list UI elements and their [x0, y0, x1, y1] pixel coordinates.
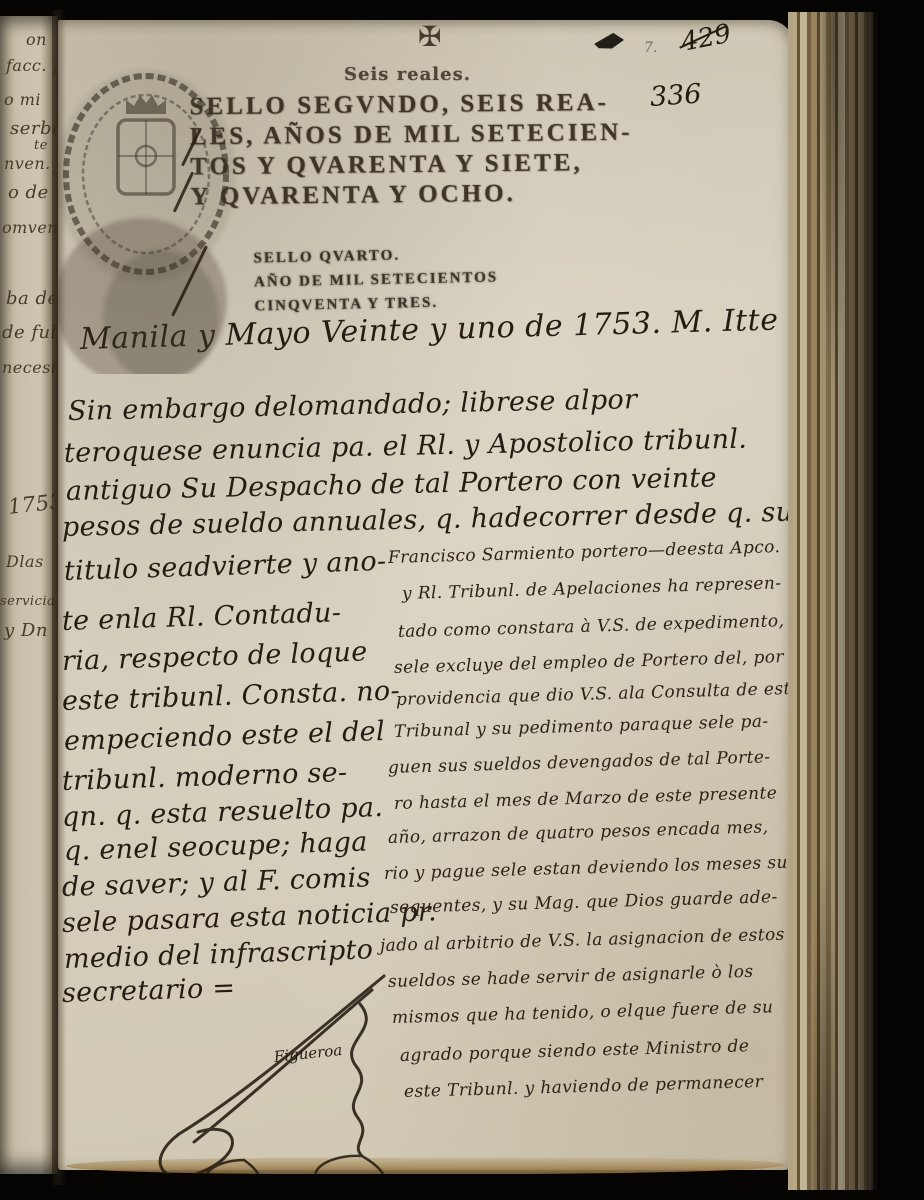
margin-fragment: nven.: [4, 154, 51, 173]
decree-line: sele pasara esta noticia pr.: [62, 896, 438, 939]
royal-seal-stamp: [46, 64, 246, 378]
rubric-flourish: [124, 964, 454, 1178]
report-line: tado como constara à V.S. de expedimento…: [398, 611, 785, 642]
manuscript-photo: on facc. p o mi serbi te nven. o de omve…: [0, 0, 924, 1200]
report-line: ro hasta el mes de Marzo de este present…: [394, 783, 778, 814]
stamp-line: LES, AÑOS DE MIL SETECIEN-: [190, 118, 633, 153]
margin-fragment: o mi: [4, 90, 41, 109]
margin-fragment: Dlas: [6, 552, 44, 571]
report-line: Tribunal y su pedimento paraque sele pa-: [394, 712, 769, 742]
report-line: y Rl. Tribunl. de Apelaciones ha represe…: [402, 573, 782, 604]
stamp-line: Y QVARENTA Y OCHO.: [190, 178, 633, 213]
decree-line: q. enel seocupe; haga: [64, 826, 369, 867]
folio-number-crossed: 429: [679, 19, 733, 58]
ink-mark: 7.: [644, 40, 657, 56]
report-line: providencia que dio V.S. ala Consulta de…: [396, 679, 802, 710]
report-line: sele excluye del empleo de Portero del, …: [394, 646, 807, 678]
decree-line: empeciendo este el del: [64, 716, 386, 757]
stamp-line: SELLO SEGVNDO, SEIS REA-: [189, 88, 632, 123]
stamp-line: TOS Y QVARENTA Y SIETE,: [190, 148, 633, 183]
body-line: teroquese enuncia pa. el Rl. y Apostolic…: [64, 424, 748, 469]
fee-header: Seis reales.: [344, 64, 471, 85]
cross-ornament: ✠: [418, 20, 441, 53]
decree-line: de saver; y al F. comis: [62, 862, 372, 903]
rubric-graphic: [124, 964, 454, 1174]
report-line: año, arrazon de quatro pesos encada mes,: [388, 817, 769, 848]
seal-graphic: [46, 64, 246, 374]
stamp-sello-quarto: SELLO QVARTO. AÑO DE MIL SETECIENTOS CIN…: [253, 241, 499, 318]
folio-number: 336: [649, 78, 703, 113]
report-line: rio y pague sele estan deviendo los mese…: [384, 852, 806, 884]
decree-line: te enla Rl. Contadu-: [62, 597, 342, 637]
stamp-sello-segundo: SELLO SEGVNDO, SEIS REA- LES, AÑOS DE MI…: [189, 88, 633, 213]
decree-line: titulo seadvierte y ano-: [64, 546, 387, 587]
report-line: sequentes, y su Mag. que Dios guarde ade…: [390, 887, 778, 918]
report-line: jado al arbitrio de V.S. la asignacion d…: [380, 925, 785, 956]
decree-line: ria, respecto de loque: [62, 636, 368, 677]
decree-line: este tribunl. Consta. no-: [62, 675, 401, 717]
manuscript-page: ✠ Seis reales. 7. 429 336: [58, 20, 794, 1170]
report-line: guen sus sueldos devengados de tal Porte…: [388, 747, 771, 778]
book-page-edges: [788, 12, 880, 1190]
report-line: este Tribunl. y haviendo de permanecer: [404, 1072, 764, 1102]
report-line: Francisco Sarmiento portero—deesta Apco.: [388, 537, 781, 568]
book-gutter-shadow: [52, 10, 66, 1185]
margin-fragment: on: [26, 30, 47, 49]
margin-fragment: servicia: [0, 594, 55, 609]
stamp-line: AÑO DE MIL SETECIENTOS: [254, 265, 499, 294]
margin-fragment: y Dn: [4, 620, 48, 641]
body-line: Sin embargo delomandado; librese alpor: [68, 384, 638, 427]
ink-blot: [593, 31, 625, 52]
margin-fragment: o de: [8, 182, 49, 203]
decree-line: tribunl. moderno se-: [62, 757, 348, 797]
